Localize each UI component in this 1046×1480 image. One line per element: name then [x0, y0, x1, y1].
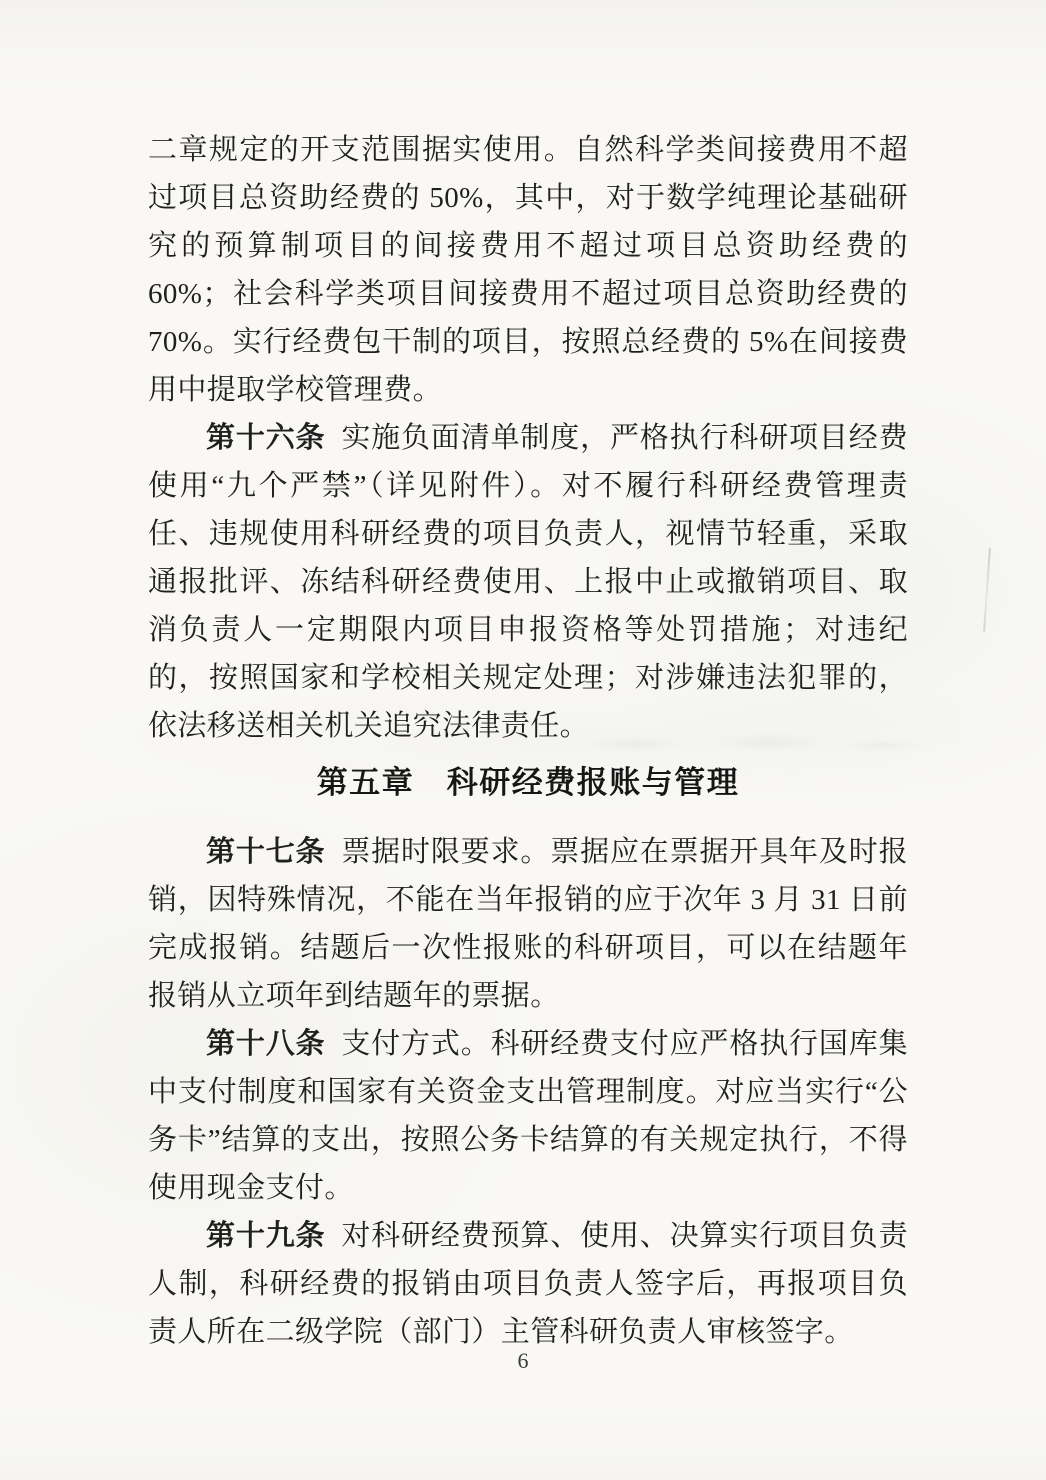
chapter-5-heading: 第五章 科研经费报账与管理 [148, 759, 908, 807]
article-16-number: 第十六条 [206, 422, 325, 454]
paragraph-continuation: 二章规定的开支范围据实使用。自然科学类间接费用不超过项目总资助经费的 50%，其… [148, 126, 908, 414]
document-body: 二章规定的开支范围据实使用。自然科学类间接费用不超过项目总资助经费的 50%，其… [148, 126, 908, 1356]
paragraph-article-18: 第十八条支付方式。科研经费支付应严格执行国库集中支付制度和国家有关资金支出管理制… [148, 1020, 908, 1212]
article-18-number: 第十八条 [206, 1028, 325, 1060]
article-17-number: 第十七条 [206, 836, 325, 868]
article-16-text: 实施负面清单制度，严格执行科研项目经费使用“九个严禁”（详见附件）。对不履行科研… [148, 422, 908, 742]
page-number: 6 [0, 1346, 1046, 1376]
pencil-mark [983, 548, 991, 632]
paragraph-article-16: 第十六条实施负面清单制度，严格执行科研项目经费使用“九个严禁”（详见附件）。对不… [148, 414, 908, 750]
article-19-number: 第十九条 [206, 1220, 325, 1252]
paragraph-article-19: 第十九条对科研经费预算、使用、决算实行项目负责人制，科研经费的报销由项目负责人签… [148, 1212, 908, 1356]
scanned-document-page: 二章规定的开支范围据实使用。自然科学类间接费用不超过项目总资助经费的 50%，其… [0, 0, 1046, 1480]
paragraph-article-17: 第十七条票据时限要求。票据应在票据开具年及时报销，因特殊情况，不能在当年报销的应… [148, 828, 908, 1020]
